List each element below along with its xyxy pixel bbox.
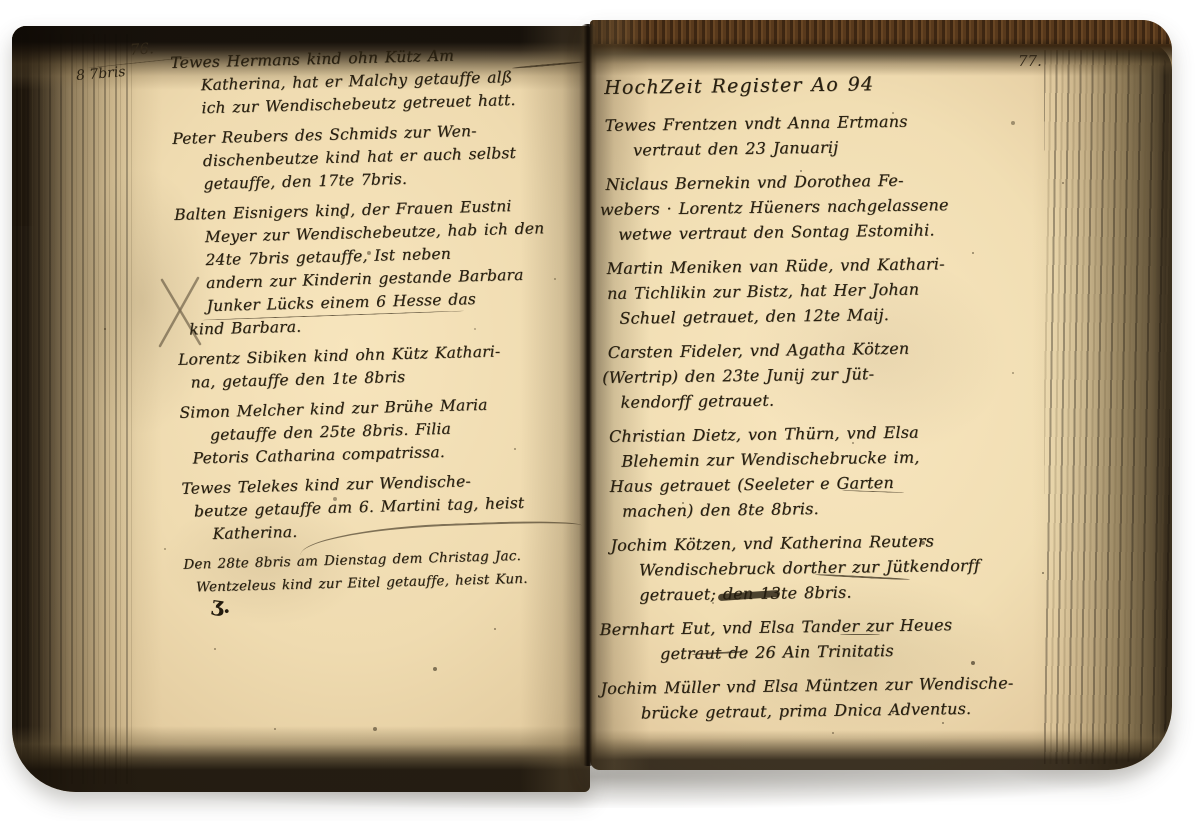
- ink-scribble: ʒ.: [210, 591, 233, 618]
- binding-weave-texture: [590, 20, 1172, 44]
- register-header: HochZeit Register Ao 94: [604, 69, 1084, 101]
- baptism-entry: Simon Melcher kind zur Brühe Maria getau…: [179, 391, 590, 471]
- marriage-entry: Jochim Kötzen, vnd Katherina Reuters Wen…: [610, 526, 1091, 608]
- manuscript-line: kendorff getrauet.: [620, 383, 1088, 415]
- baptism-entry: Tewes Hermans kind ohn Kütz Am Katherina…: [170, 41, 590, 121]
- manuscript-line: brücke getraut, prima Dnica Adventus.: [641, 694, 1093, 725]
- baptism-entry: Lorentz Sibiken kind ohn Kütz Kathari- n…: [178, 338, 590, 395]
- page-edge-bottom: [12, 726, 590, 792]
- binding-top-band: [590, 20, 1172, 76]
- marriage-entry: Niclaus Bernekin vnd Dorothea Fe- webers…: [605, 165, 1086, 247]
- manuscript-line: machen) den 8te 8bris.: [622, 492, 1090, 524]
- marriage-entry: Jochim Müller vnd Elsa Müntzen zur Wendi…: [612, 669, 1093, 726]
- marriage-entry: Carsten Fideler, vnd Agatha Kötzen (Wert…: [608, 333, 1089, 415]
- page-number: 76.: [129, 39, 154, 59]
- right-page: 77. HochZeit Register Ao 94 Tewes Frentz…: [590, 20, 1172, 770]
- paper-speckles: [12, 26, 14, 28]
- marriage-entry: Christian Dietz, von Thürn, vnd Elsa Ble…: [609, 417, 1090, 524]
- baptism-entry: Balten Eisnigers kind, der Frauen Eustni…: [174, 193, 590, 342]
- baptism-entry: Peter Reubers des Schmids zur Wen- disch…: [172, 117, 590, 197]
- book-gutter: [579, 24, 597, 766]
- manuscript-line: wetwe vertraut den Sontag Estomihi.: [618, 215, 1086, 247]
- photo-canvas: 76. 8 7bris Tewes Hermans kind ohn Kütz …: [0, 0, 1200, 821]
- marriage-entry: Bernhart Eut, vnd Elsa Tander zur Heues …: [612, 610, 1093, 667]
- manuscript-line: getrauet; den 13te 8bris.: [639, 576, 1091, 607]
- marriage-entry: Tewes Frentzen vndt Anna Ertmans vertrau…: [605, 106, 1086, 163]
- ink-underline: [840, 634, 880, 635]
- right-page-text: HochZeit Register Ao 94 Tewes Frentzen v…: [604, 69, 1093, 735]
- manuscript-line: Schuel getrauet, den 12te Maij.: [619, 299, 1087, 331]
- page-number: 77.: [1018, 52, 1042, 70]
- cover-edge-sliver: [12, 26, 34, 226]
- marriage-entry: Martin Meniken van Rüde, vnd Kathari- na…: [607, 249, 1088, 331]
- manuscript-line: vertraut den 23 Januarij: [633, 131, 1085, 162]
- left-page: 76. 8 7bris Tewes Hermans kind ohn Kütz …: [12, 26, 590, 792]
- paper-speckles: [590, 20, 592, 22]
